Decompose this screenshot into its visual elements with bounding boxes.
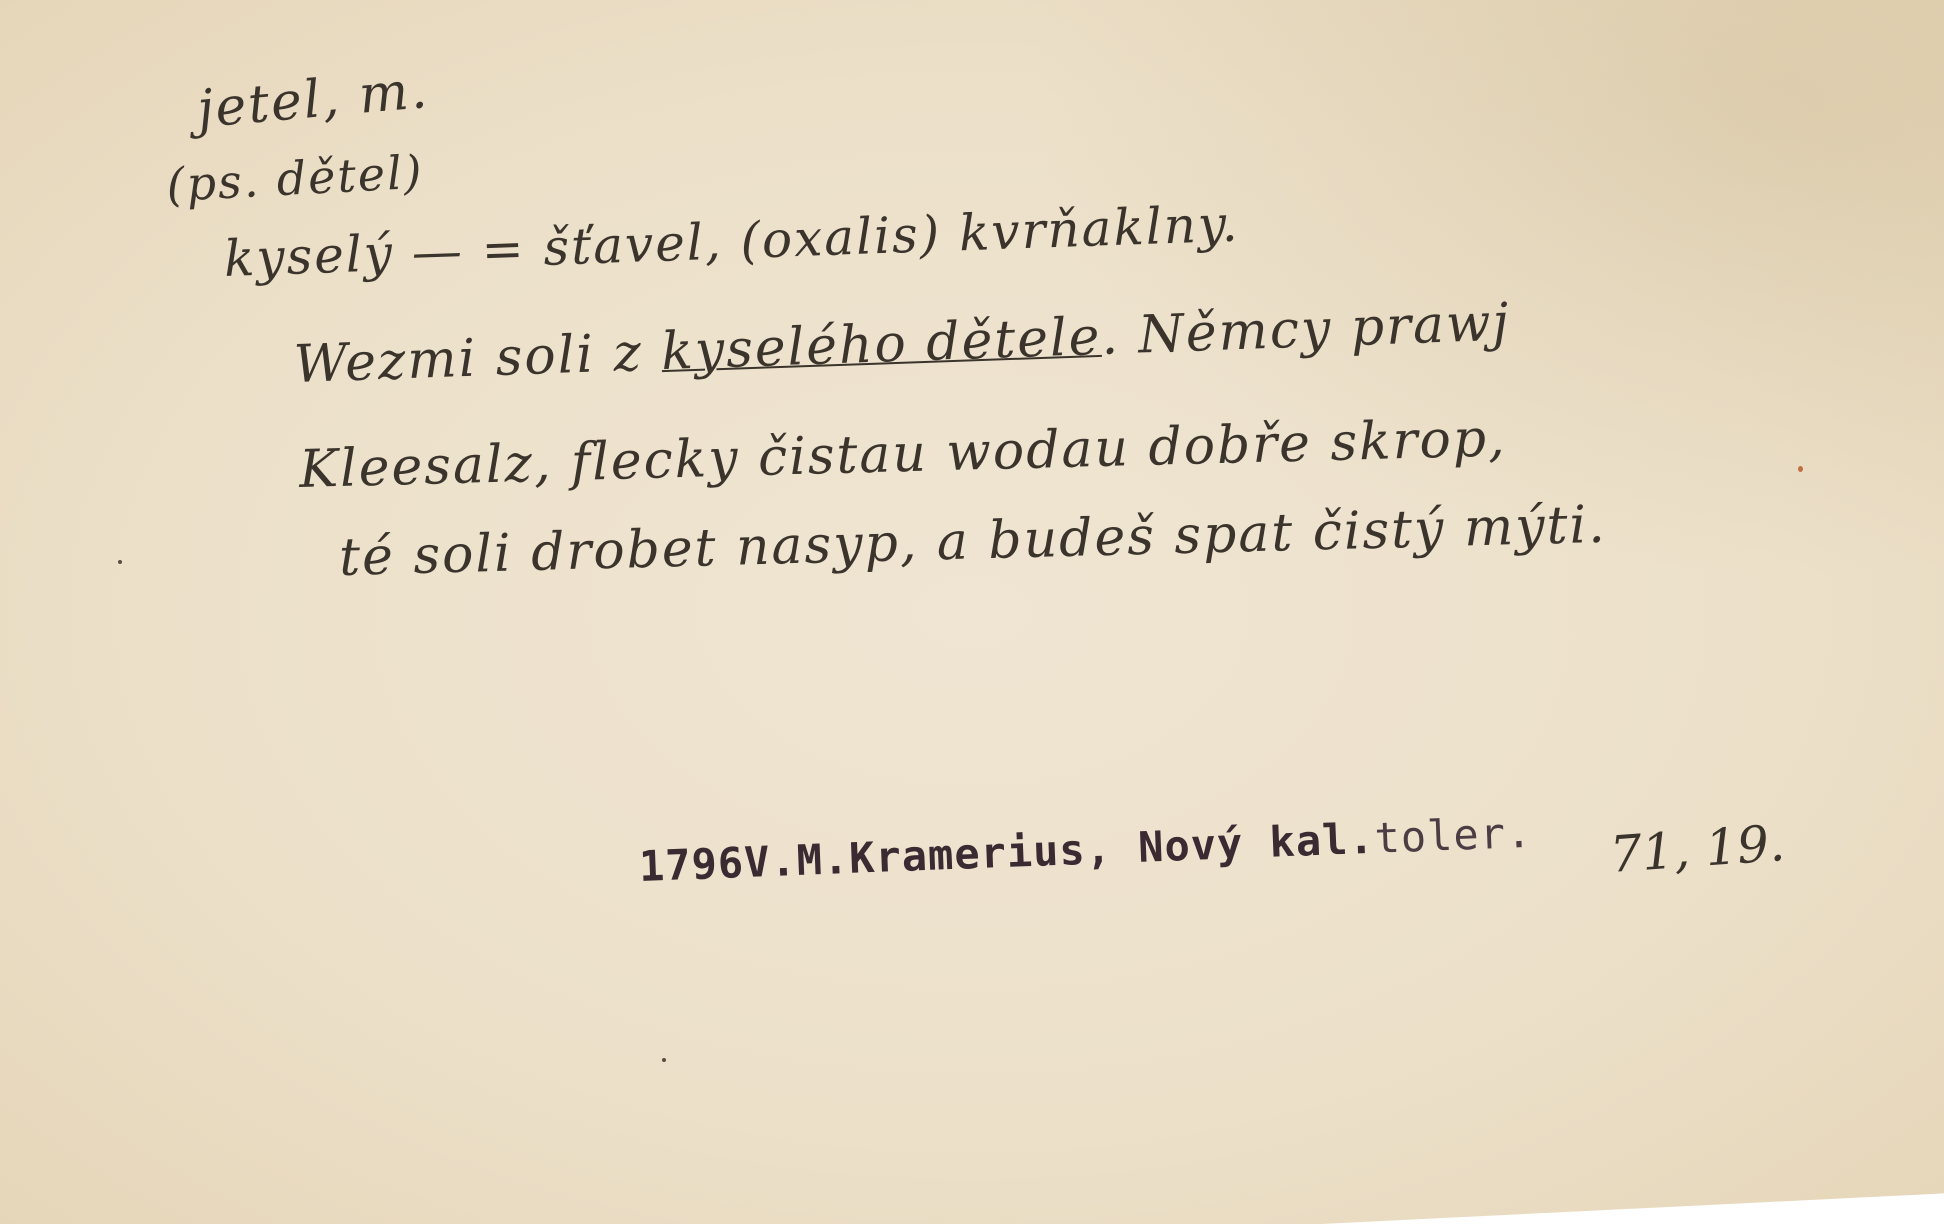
- quotation-line-2: Kleesalz, flecky čistau wodau dobře skro…: [298, 408, 1507, 500]
- paper-speck: [662, 1058, 666, 1062]
- stamp-title-bold: Nový kal.: [1137, 814, 1375, 872]
- quotation-underlined-term: kyselého dětele: [660, 307, 1102, 382]
- paper-speck: [1798, 466, 1803, 472]
- headword-note: (ps. dětel): [165, 145, 425, 212]
- compound-entry: kyselý — = šťavel, (oxalis) kvrňaklny.: [223, 195, 1240, 288]
- headword: jetel, m.: [195, 60, 431, 140]
- stamp-title-rest: toler.: [1374, 808, 1533, 863]
- source-reference: 71, 19.: [1608, 814, 1787, 884]
- index-card: jetel, m. (ps. dětel) kyselý — = šťavel,…: [0, 0, 1944, 1224]
- stamp-author: V.M.Kramerius,: [743, 824, 1113, 887]
- stamp-year: 1796: [638, 838, 745, 891]
- quotation-line-1-suffix: . Němcy prawj: [1100, 293, 1511, 367]
- quotation-line-1: Wezmi soli z kyselého dětele. Němcy praw…: [293, 293, 1512, 395]
- source-stamp: 1796V.M.Kramerius, Nový kal.toler.: [638, 808, 1533, 891]
- quotation-line-3: té soli drobet nasyp, a budeš spat čistý…: [338, 495, 1607, 588]
- paper-speck: [118, 560, 122, 564]
- quotation-line-1-prefix: Wezmi soli z: [293, 322, 662, 395]
